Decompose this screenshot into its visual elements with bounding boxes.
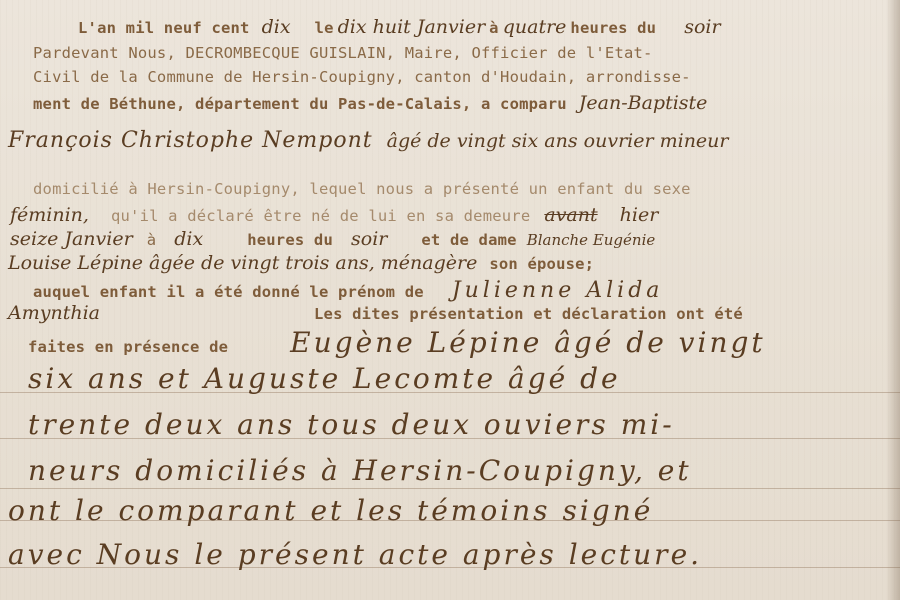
handwritten-struck-word: avant (544, 204, 597, 226)
line-4: ment de Béthune, département du Pas-de-C… (33, 92, 707, 114)
printed-department: ment de Béthune, département du Pas-de-C… (33, 95, 567, 113)
printed-year-prefix: L'an mil neuf cent (78, 19, 250, 37)
line-7: féminin, qu'il a déclaré être né de lui … (10, 204, 658, 226)
printed-le: le (315, 19, 334, 37)
handwritten-period: soir (684, 16, 720, 38)
printed-et-de-dame: et de dame (421, 231, 516, 249)
handwritten-witness-1: Eugène Lépine âgé de vingt (290, 326, 765, 359)
line-3-commune: Civil de la Commune de Hersin-Coupigny, … (33, 68, 691, 86)
handwritten-line-witness-2: six ans et Auguste Lecomte âgé de (28, 362, 621, 395)
line-8: seize Janvier à dix heures du soir et de… (10, 228, 655, 250)
ruled-line (0, 488, 900, 489)
handwritten-hour-2: dix (174, 228, 203, 250)
printed-presentation: Les dites présentation et déclaration on… (314, 305, 743, 323)
handwritten-child-name: Julienne Alida (452, 278, 664, 303)
handwritten-period-2: soir (351, 228, 387, 250)
line-10: auquel enfant il a été donné le prénom d… (33, 278, 663, 303)
handwritten-mother-first: Blanche Eugénie (527, 231, 656, 249)
handwritten-line-witness-4: neurs domiciliés à Hersin-Coupigny, et (28, 454, 692, 487)
handwritten-line-witness-3: trente deux ans tous deux ouviers mi- (28, 408, 675, 441)
printed-a: à (489, 19, 499, 37)
line-12: faites en présence de Eugène Lépine âgé … (28, 326, 766, 359)
line-9: Louise Lépine âgée de vingt trois ans, m… (8, 252, 594, 274)
printed-declared: qu'il a déclaré être né de lui en sa dem… (111, 207, 530, 225)
handwritten-father-name: François Christophe Nempont (8, 128, 373, 153)
handwritten-sex: féminin, (10, 204, 89, 226)
handwritten-year: dix (262, 16, 291, 38)
line-6-domicile: domicilié à Hersin-Coupigny, lequel nous… (33, 180, 691, 198)
printed-en-presence: faites en présence de (28, 338, 228, 356)
printed-prenom: auquel enfant il a été donné le prénom d… (33, 283, 424, 301)
handwritten-father-first: Jean-Baptiste (579, 92, 708, 114)
printed-son-epouse: son épouse; (489, 255, 594, 273)
handwritten-date: dix huit Janvier (338, 16, 486, 38)
handwritten-mother-line: Louise Lépine âgée de vingt trois ans, m… (8, 252, 477, 274)
line-1: L'an mil neuf cent dix le dix huit Janvi… (78, 16, 721, 38)
handwritten-child-name-2: Amynthia (8, 302, 100, 324)
line-2-officer: Pardevant Nous, DECROMBECQUE GUISLAIN, M… (33, 44, 653, 62)
handwritten-when: hier (620, 204, 659, 226)
printed-heures-du: heures du (570, 19, 656, 37)
page-edge-shadow (886, 0, 900, 600)
handwritten-line-witness-5: ont le comparant et les témoins signé (8, 494, 653, 527)
handwritten-hour: quatre (503, 16, 567, 38)
line-5: François Christophe Nempont âgé de vingt… (8, 128, 729, 153)
printed-a-2: à (147, 231, 157, 249)
handwritten-line-witness-6: avec Nous le présent acte après lecture. (8, 538, 702, 571)
handwritten-date-2: seize Janvier (10, 228, 133, 250)
printed-heures-du-2: heures du (247, 231, 333, 249)
document-page: L'an mil neuf cent dix le dix huit Janvi… (0, 0, 900, 600)
line-11: Amynthia Les dites présentation et décla… (8, 302, 743, 324)
handwritten-father-age: âgé de vingt six ans ouvrier mineur (387, 130, 729, 152)
